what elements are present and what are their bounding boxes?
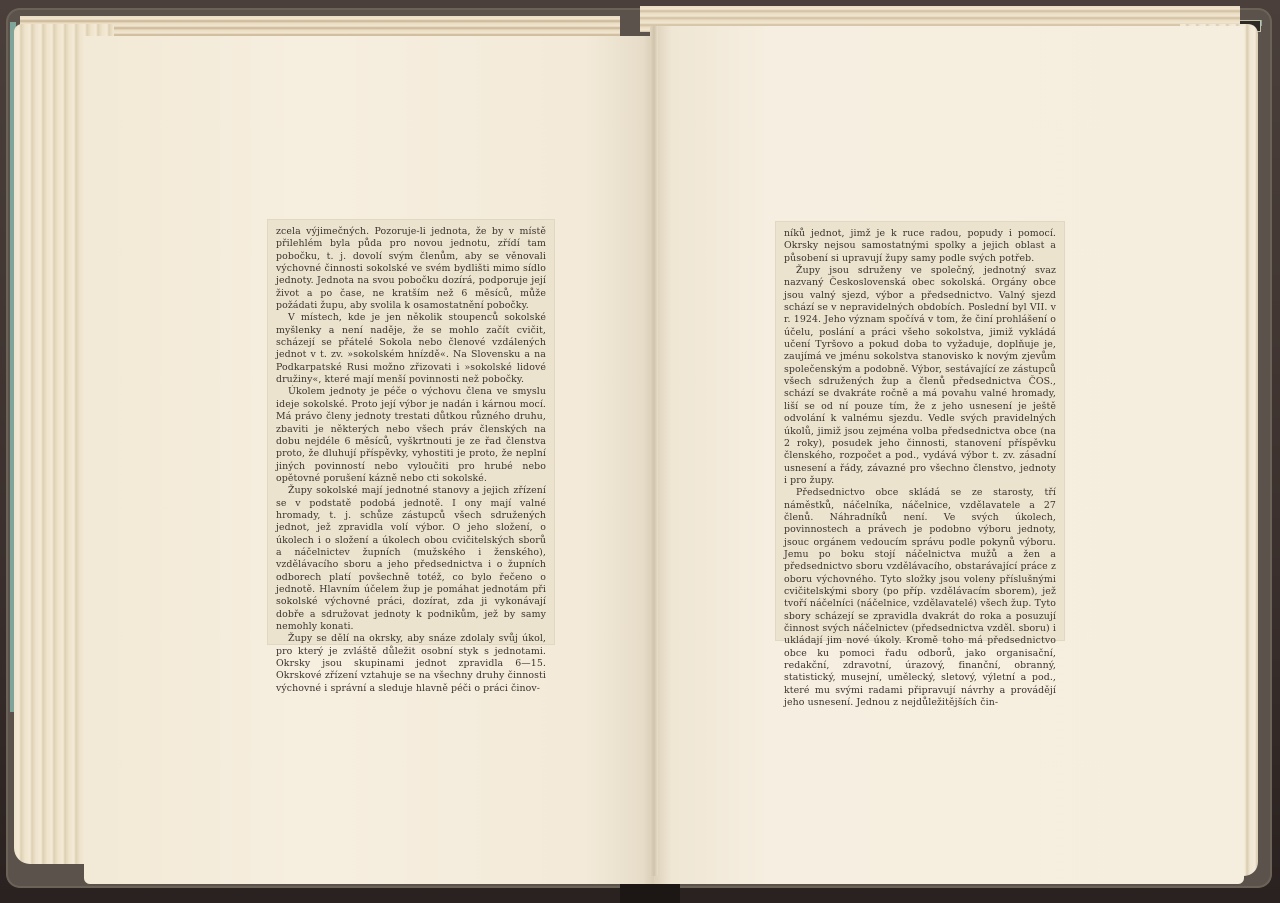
paragraph: Úkolem jednoty je péče o výchovu člena v…	[276, 386, 546, 485]
paragraph: V místech, kde je jen několik stoupenců …	[276, 312, 546, 386]
left-text-slip: zcela výjimečných. Pozoruje-li jednota, …	[268, 220, 554, 644]
paragraph: níků jednot, jimž je k ruce radou, popud…	[784, 228, 1056, 265]
paragraph: Župy jsou sdruženy ve společný, jednotný…	[784, 265, 1056, 487]
paragraph: Župy sokolské mají jednotné stanovy a je…	[276, 485, 546, 633]
paragraph: Předsednictvo obce skládá se ze starosty…	[784, 487, 1056, 709]
paragraph: Župy se dělí na okrsky, aby snáze zdolal…	[276, 633, 546, 695]
right-text-slip: níků jednot, jimž je k ruce radou, popud…	[776, 222, 1064, 640]
book-gutter	[650, 26, 658, 876]
paragraph: zcela výjimečných. Pozoruje-li jednota, …	[276, 226, 546, 312]
